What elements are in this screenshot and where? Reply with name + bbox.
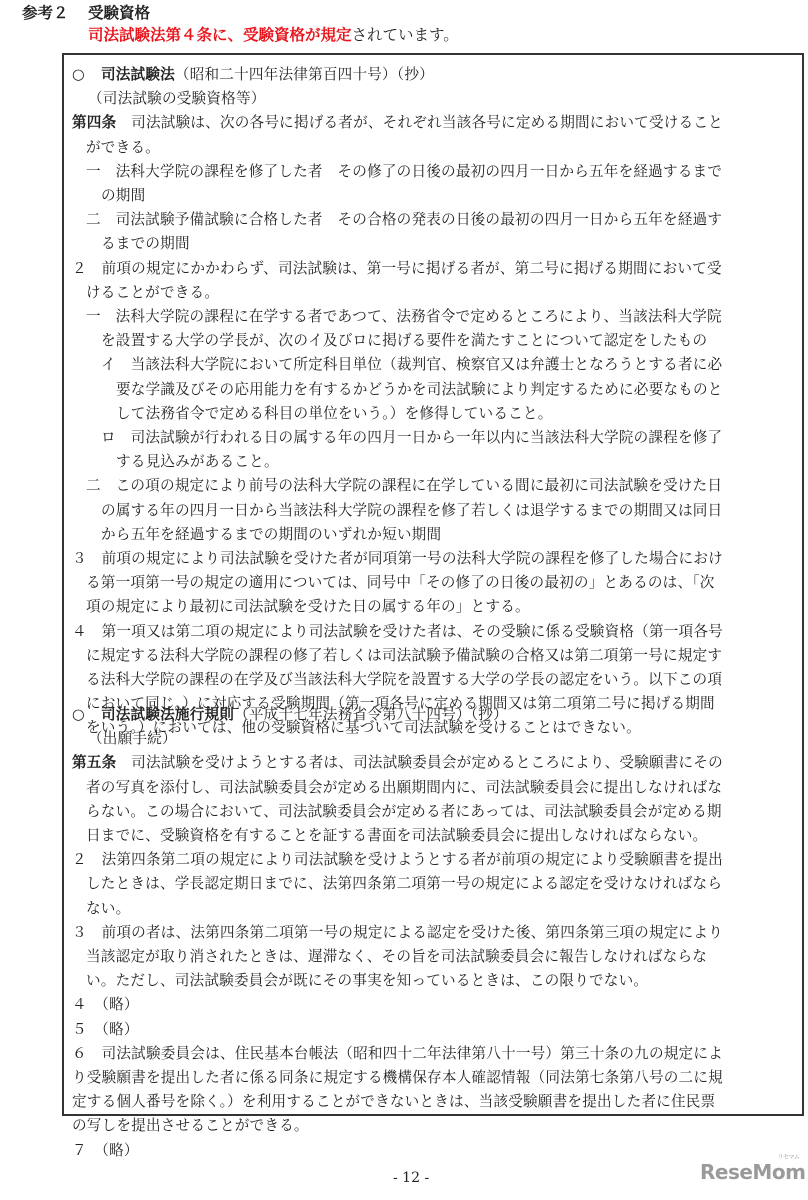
text-line: い。ただし、司法試験委員会が既にその事実を知っているときは、この限りでない。: [86, 969, 648, 993]
text-line: に規定する法科大学院の課程の修了若しくは司法試験予備試験の合格又は第二項第一号に…: [86, 644, 722, 668]
text-line: の期間: [101, 184, 145, 208]
line-text: らない。この場合において、司法試験委員会が定める者にあっては、司法試験委員会が定…: [86, 803, 722, 820]
line-text: 項の規定により最初に司法試験を受けた日の属する年の」とする。: [86, 598, 530, 615]
page-number: - 12 -: [393, 1170, 429, 1186]
line-text: ３ 前項の者は、法第四条第二項第一号の規定による認定を受けた後、第四条第三項の規…: [72, 924, 723, 941]
law-excerpt-box: ○司法試験法（昭和二十四年法律第百四十号）（抄）（司法試験の受験資格等）第四条 …: [62, 53, 804, 1116]
text-line: イ 当該法科大学院において所定科目単位（裁判官、検察官又は弁護士となろうとする者…: [101, 353, 722, 377]
line-text: ロ 司法試験が行われる日の属する年の四月一日から一年以内に当該法科大学院の課程を…: [101, 429, 722, 446]
text-line: ６ 司法試験委員会は、住民基本台帳法（昭和四十二年法律第八十一号）第三十条の九の…: [72, 1042, 723, 1066]
text-line: 者の写真を添付し、司法試験委員会が定める出願期間内に、司法試験委員会に提出しなけ…: [86, 776, 722, 800]
line-text: ２ 法第四条第二項の規定により司法試験を受けようとする者が前項の規定により受験願…: [72, 851, 723, 868]
line-text: 一 法科大学院の課程に在学する者であつて、法務省令で定めるところにより、当該法科…: [86, 308, 722, 325]
logo-kana: リセマム: [777, 1152, 799, 1161]
text-line: 定する個人番号を除く。）を利用することができないときは、当該受験願書を提出した者…: [72, 1090, 715, 1114]
line-text: 二 司法試験予備試験に合格した者 その合格の発表の日後の最初の四月一日から五年を…: [86, 211, 722, 228]
line-text: ４ （略）: [72, 996, 139, 1013]
line-text: 定する個人番号を除く。）を利用することができないときは、当該受験願書を提出した者…: [72, 1093, 715, 1110]
text-line: る第一項第一号の規定の適用については、同号中「その修了の日後の最初の」とあるのは…: [86, 571, 715, 595]
text-line: る法科大学院の課程の在学及び当該法科大学院を設置する大学の学長の認定をいう。以下…: [86, 668, 722, 692]
line-text: ２ 前項の規定にかかわらず、司法試験は、第一号に掲げる者が、第二号に掲げる期間に…: [72, 260, 722, 277]
text-line: ３ 前項の者は、法第四条第二項第一号の規定による認定を受けた後、第四条第三項の規…: [72, 921, 723, 945]
text-line: 二 司法試験予備試験に合格した者 その合格の発表の日後の最初の四月一日から五年を…: [86, 208, 722, 232]
text-line: り受験願書を提出した者に係る同条に規定する機構保存本人確認情報（同法第七条第八号…: [72, 1066, 723, 1090]
text-line: るまでの期間: [101, 232, 190, 256]
line-text: けることができる。: [86, 284, 219, 301]
line-text: ができる。: [86, 139, 160, 156]
text-line: を設置する大学の学長が、次のイ及びロに掲げる要件を満たすことについて認定をしたも…: [101, 329, 707, 353]
line-text: する見込みがあること。: [116, 453, 279, 470]
line-text: ４ 第一項又は第二項の規定により司法試験を受けた者は、その受験に係る受験資格（第…: [72, 623, 723, 640]
article-caption: （司法試験の受験資格等）: [88, 87, 266, 111]
text-line: 第五条 司法試験を受けようとする者は、司法試験委員会が定めるところにより、受験願…: [72, 751, 723, 775]
line-text: 要な学識及びその応用能力を有するかどうかを司法試験により判定するために必要なもの…: [116, 381, 723, 398]
subtitle-highlight: 司法試験法第４条に、受験資格が規定: [88, 26, 352, 44]
text-line: ３ 前項の規定により司法試験を受けた者が同項第一号の法科大学院の課程を修了した場…: [72, 547, 723, 571]
law-reference: （昭和二十四年法律第百四十号）（抄）: [175, 66, 434, 83]
logo-text: ReseMom: [700, 1160, 805, 1184]
line-text: して法務省令で定める科目の単位をいう。）を修得していること。: [116, 405, 553, 422]
reference-subtitle: 司法試験法第４条に、受験資格が規定されています。: [88, 24, 459, 46]
line-text: 司法試験を受けようとする者は、司法試験委員会が定めるところにより、受験願書にその: [116, 754, 723, 771]
line-text: の属する年の四月一日から当該法科大学院の課程を修了若しくは退学するまでの期間又は…: [101, 502, 722, 519]
line-text: 一 法科大学院の課程を修了した者 その修了の日後の最初の四月一日から五年を経過す…: [86, 163, 722, 180]
line-text: る第一項第一号の規定の適用については、同号中「その修了の日後の最初の」とあるのは…: [86, 574, 715, 591]
line-text: るまでの期間: [101, 235, 190, 252]
text-line: 一 法科大学院の課程を修了した者 その修了の日後の最初の四月一日から五年を経過す…: [86, 160, 722, 184]
article-caption: （出願手続）: [88, 727, 177, 751]
subtitle-rest: されています。: [352, 26, 459, 44]
text-line: 日までに、受験資格を有することを証する書面を司法試験委員会に提出しなければならな…: [86, 824, 707, 848]
line-text: ない。: [86, 900, 130, 917]
text-line: 二 この項の規定により前号の法科大学院の課程に在学している間に最初に司法試験を受…: [86, 474, 722, 498]
reference-label: 参考２: [22, 2, 88, 24]
line-text: ７ （略）: [72, 1142, 139, 1159]
reference-title: 受験資格: [88, 4, 150, 22]
line-text: に規定する法科大学院の課程の修了若しくは司法試験予備試験の合格又は第二項第一号に…: [86, 647, 722, 664]
text-line: 第四条 司法試験は、次の各号に掲げる者が、それぞれ当該各号に定める期間において受…: [72, 111, 723, 135]
text-line: ４ 第一項又は第二項の規定により司法試験を受けた者は、その受験に係る受験資格（第…: [72, 620, 723, 644]
line-text: 二 この項の規定により前号の法科大学院の課程に在学している間に最初に司法試験を受…: [86, 477, 722, 494]
bullet-circle-icon: ○: [72, 706, 85, 723]
law-name: 司法試験法: [101, 66, 175, 83]
line-text: 司法試験は、次の各号に掲げる者が、それぞれ当該各号に定める期間において受けること: [116, 114, 723, 131]
law-name: 司法試験法施行規則: [101, 706, 234, 723]
text-line: 当該認定が取り消されたときは、遅滞なく、その旨を司法試験委員会に報告しなければな…: [86, 945, 707, 969]
text-line: ２ 法第四条第二項の規定により司法試験を受けようとする者が前項の規定により受験願…: [72, 848, 723, 872]
text-line: ５ （略）: [72, 1018, 139, 1042]
law-heading: ○司法試験法施行規則（平成十七年法務省令第八十四号）（抄）: [72, 703, 508, 727]
text-line: ない。: [86, 897, 130, 921]
law-heading: ○司法試験法（昭和二十四年法律第百四十号）（抄）: [72, 63, 434, 87]
line-text: ３ 前項の規定により司法試験を受けた者が同項第一号の法科大学院の課程を修了した場…: [72, 550, 723, 567]
line-text: る法科大学院の課程の在学及び当該法科大学院を設置する大学の学長の認定をいう。以下…: [86, 671, 722, 688]
text-line: 項の規定により最初に司法試験を受けた日の属する年の」とする。: [86, 595, 530, 619]
resemom-logo: ReseMom リセマム: [700, 1160, 805, 1184]
line-text: ５ （略）: [72, 1021, 139, 1038]
law-reference: （平成十七年法務省令第八十四号）（抄）: [234, 706, 508, 723]
text-line: する見込みがあること。: [116, 450, 279, 474]
article-number: 第五条: [72, 754, 116, 771]
line-text: イ 当該法科大学院において所定科目単位（裁判官、検察官又は弁護士となろうとする者…: [101, 356, 722, 373]
line-text: したときは、学長認定期日までに、法第四条第二項第一号の規定による認定を受けなけれ…: [86, 875, 722, 892]
line-text: 当該認定が取り消されたときは、遅滞なく、その旨を司法試験委員会に報告しなければな…: [86, 948, 707, 965]
line-text: ６ 司法試験委員会は、住民基本台帳法（昭和四十二年法律第八十一号）第三十条の九の…: [72, 1045, 723, 1062]
text-line: の写しを提出させることができる。: [72, 1114, 309, 1138]
line-text: い。ただし、司法試験委員会が既にその事実を知っているときは、この限りでない。: [86, 972, 648, 989]
line-text: 日までに、受験資格を有することを証する書面を司法試験委員会に提出しなければならな…: [86, 827, 707, 844]
line-text: 者の写真を添付し、司法試験委員会が定める出願期間内に、司法試験委員会に提出しなけ…: [86, 779, 722, 796]
line-text: の写しを提出させることができる。: [72, 1117, 309, 1134]
text-line: けることができる。: [86, 281, 219, 305]
article-number: 第四条: [72, 114, 116, 131]
text-line: から五年を経過するまでの期間のいずれか短い期間: [101, 523, 441, 547]
text-line: ７ （略）: [72, 1139, 139, 1163]
reference-header: 参考２受験資格: [22, 2, 150, 24]
text-line: ４ （略）: [72, 993, 139, 1017]
text-line: したときは、学長認定期日までに、法第四条第二項第一号の規定による認定を受けなけれ…: [86, 872, 722, 896]
line-text: から五年を経過するまでの期間のいずれか短い期間: [101, 526, 441, 543]
text-line: ２ 前項の規定にかかわらず、司法試験は、第一号に掲げる者が、第二号に掲げる期間に…: [72, 257, 722, 281]
text-line: して法務省令で定める科目の単位をいう。）を修得していること。: [116, 402, 553, 426]
line-text: の期間: [101, 187, 145, 204]
line-text: を設置する大学の学長が、次のイ及びロに掲げる要件を満たすことについて認定をしたも…: [101, 332, 707, 349]
text-line: ロ 司法試験が行われる日の属する年の四月一日から一年以内に当該法科大学院の課程を…: [101, 426, 722, 450]
text-line: 一 法科大学院の課程に在学する者であつて、法務省令で定めるところにより、当該法科…: [86, 305, 722, 329]
text-line: の属する年の四月一日から当該法科大学院の課程を修了若しくは退学するまでの期間又は…: [101, 499, 722, 523]
text-line: らない。この場合において、司法試験委員会が定める者にあっては、司法試験委員会が定…: [86, 800, 722, 824]
bullet-circle-icon: ○: [72, 66, 85, 83]
text-line: 要な学識及びその応用能力を有するかどうかを司法試験により判定するために必要なもの…: [116, 378, 723, 402]
line-text: り受験願書を提出した者に係る同条に規定する機構保存本人確認情報（同法第七条第八号…: [72, 1069, 723, 1086]
text-line: ができる。: [86, 136, 160, 160]
